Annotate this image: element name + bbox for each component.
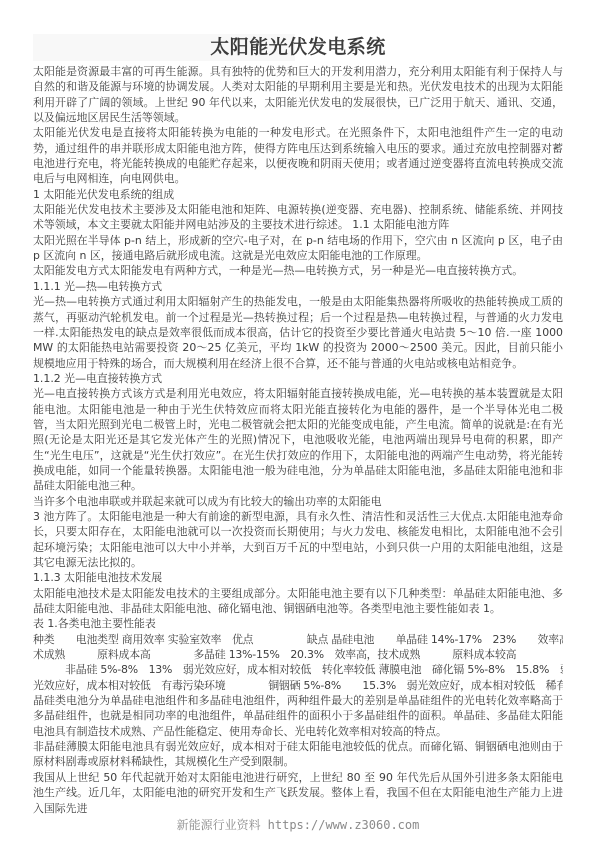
table-text-line-1: 种类 电池类型 商用效率 实验室效率 优点 缺点 晶硅电池 单晶硅 14%-17…: [33, 632, 563, 647]
footer-url: https://www.z3060.com: [268, 818, 420, 832]
para-pv-principle: 太阳能光伏发电是直接将太阳能转换为电能的一种发电形式。在光照条件下，太阳电池组件…: [33, 125, 563, 186]
para-light-electric-direct-detail: 光—电直接转换方式该方式是利用光电效应，将太阳辐射能直接转换成电能，光—电转换的…: [33, 386, 563, 493]
table-text-line-4: 光效应好，成本相对较低 有毒污染环境 铜铟硒 5%-8% 15.3% 弱光效应好…: [33, 678, 563, 693]
table-text-line-3: 非晶硅 5%-8% 13% 弱光效应好，成本相对较低 转化率较低 薄膜电池 碲化…: [33, 662, 563, 677]
heading-light-heat-electric: 1.1.1 光—热—电转换方式: [33, 279, 563, 294]
para-crystalline-comparison: 晶硅类电池分为单晶硅电池组件和多晶硅电池组件，两种组件最大的差别是单晶硅组件的光…: [33, 693, 563, 739]
para-two-methods: 太阳能发电方式太阳能发电有两种方式，一种是光—热—电转换方式，另一种是光—电直接…: [33, 263, 563, 278]
document-title-row: 太阳能光伏发电系统: [33, 33, 563, 61]
para-battery-array: 3 池方阵了。太阳能电池是一种大有前途的新型电源，具有永久性、清洁性和灵活性三大…: [33, 509, 563, 570]
footer-site-label: 新能源行业资料: [177, 818, 261, 832]
table-caption: 表 1.各类电池主要性能表: [33, 616, 563, 631]
heading-battery-tech-development: 1.1.3 太阳能电池技术发展: [33, 570, 563, 585]
para-light-heat-electric-detail: 光—热—电转换方式通过利用太阳辐射产生的热能发电，一般是由太阳能集热器将所吸收的…: [33, 294, 563, 371]
heading-system-composition: 1 太阳能光伏发电系统的组成: [33, 187, 563, 202]
heading-light-electric-direct: 1.1.2 光—电直接转换方式: [33, 371, 563, 386]
para-battery-series: 当许多个电池串联或并联起来就可以成为有比较大的输出功率的太阳能电: [33, 494, 563, 509]
page-footer: 新能源行业资料https://www.z3060.com: [0, 816, 596, 833]
para-solar-overview: 太阳能是资源最丰富的可再生能源。具有独特的优势和巨大的开发利用潜力，充分利用太阳…: [33, 64, 563, 125]
para-china-development: 我国从上世纪 50 年代起就开始对太阳能电池进行研究，上世纪 80 至 90 年…: [33, 770, 563, 816]
para-pn-junction: 太阳光照在半导体 p-n 结上，形成新的空穴-电子对，在 p-n 结电场的作用下…: [33, 233, 563, 264]
document-body: 太阳能是资源最丰富的可再生能源。具有独特的优势和巨大的开发利用潜力，充分利用太阳…: [33, 64, 563, 816]
table-text-line-2: 术成熟 原料成本高 多晶硅 13%-15% 20.3% 效率高，技术成熟 原料成…: [33, 647, 563, 662]
document-title: 太阳能光伏发电系统: [33, 33, 563, 61]
para-tech-fields: 太阳能光伏发电技术主要涉及太阳能电池和矩阵、电源转换(逆变器、充电器)、控制系统…: [33, 202, 563, 233]
para-battery-types: 太阳能电池技术是太阳能发电技术的主要组成部分。太阳能电池主要有以下几种类型：单晶…: [33, 586, 563, 617]
document-page: 太阳能光伏发电系统 太阳能是资源最丰富的可再生能源。具有独特的优势和巨大的开发利…: [0, 0, 596, 842]
para-thin-film: 非晶硅薄膜太阳能电池具有弱光效应好，成本相对于硅太阳能电池较低的优点。而碲化镉、…: [33, 739, 563, 770]
